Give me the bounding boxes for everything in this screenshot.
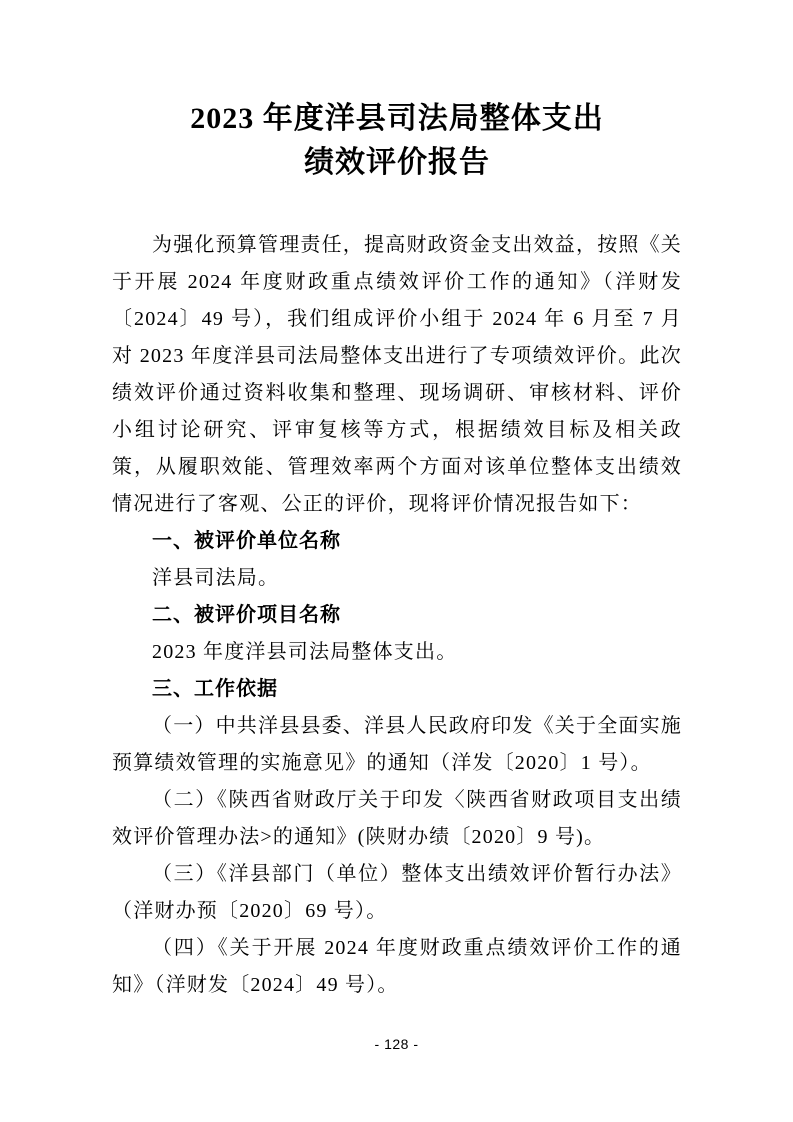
- page-number: - 128 -: [0, 1036, 793, 1052]
- section-heading-evaluated-unit: 一、被评价单位名称: [112, 523, 682, 560]
- intro-paragraph: 为强化预算管理责任，提高财政资金支出效益，按照《关于开展 2024 年度财政重点…: [112, 227, 682, 523]
- document-body: 为强化预算管理责任，提高财政资金支出效益，按照《关于开展 2024 年度财政重点…: [112, 227, 682, 1004]
- section-heading-work-basis: 三、工作依据: [112, 671, 682, 708]
- document-title-line-2: 绩效评价报告: [112, 141, 682, 185]
- section-heading-evaluated-project: 二、被评价项目名称: [112, 597, 682, 634]
- work-basis-item-4: （四）《关于开展 2024 年度财政重点绩效评价工作的通知》（洋财发〔2024〕…: [112, 930, 682, 1004]
- section-body-evaluated-unit: 洋县司法局。: [112, 560, 682, 597]
- work-basis-item-1: （一）中共洋县县委、洋县人民政府印发《关于全面实施预算绩效管理的实施意见》的通知…: [112, 708, 682, 782]
- work-basis-item-3: （三）《洋县部门（单位）整体支出绩效评价暂行办法》（洋财办预〔2020〕69 号…: [112, 856, 682, 930]
- document-title-line-1: 2023 年度洋县司法局整体支出: [112, 97, 682, 141]
- section-body-evaluated-project: 2023 年度洋县司法局整体支出。: [112, 634, 682, 671]
- document-page: 2023 年度洋县司法局整体支出 绩效评价报告 为强化预算管理责任，提高财政资金…: [0, 0, 793, 1122]
- document-title: 2023 年度洋县司法局整体支出 绩效评价报告: [112, 97, 682, 185]
- work-basis-item-2: （二）《陕西省财政厅关于印发〈陕西省财政项目支出绩效评价管理办法>的通知》(陕财…: [112, 782, 682, 856]
